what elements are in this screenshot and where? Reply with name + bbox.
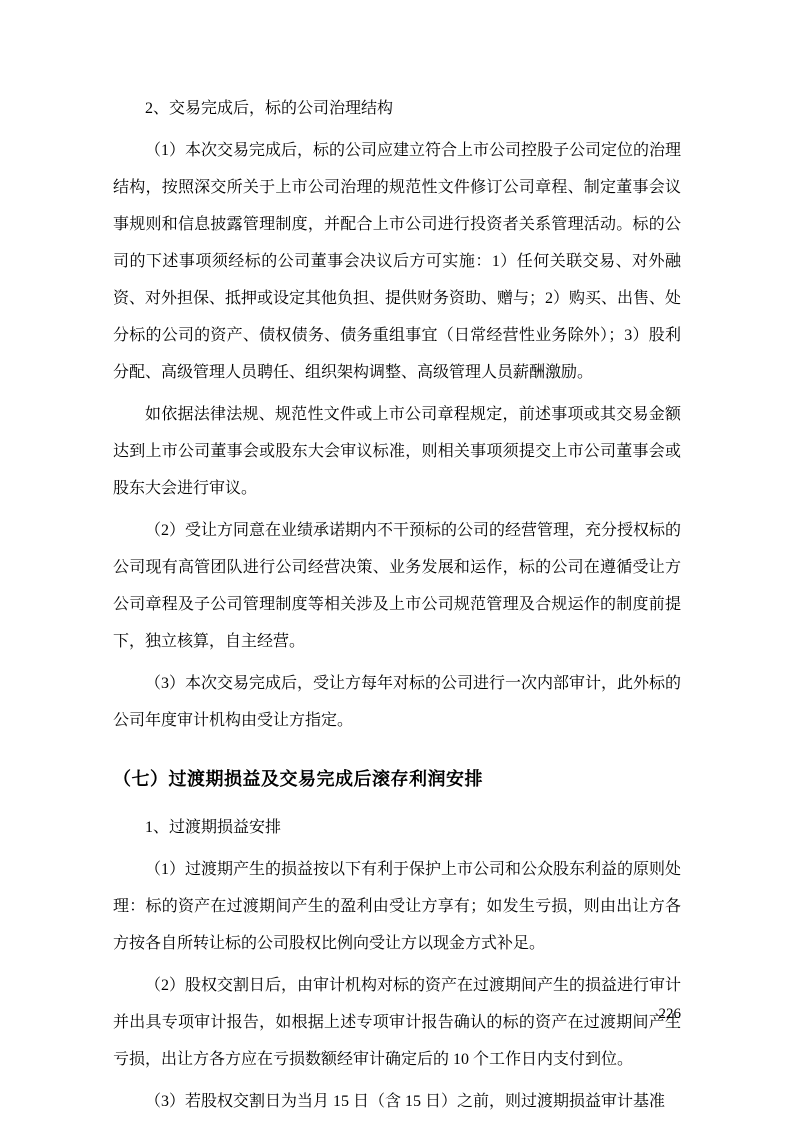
paragraph-transition-1: （1）过渡期产生的损益按以下有利于保护上市公司和公众股东利益的原则处理：标的资产… [113, 851, 681, 962]
subsection-title-governance: 2、交易完成后，标的公司治理结构 [113, 90, 681, 127]
section-heading-seven: （七）过渡期损益及交易完成后滚存利润安排 [113, 766, 681, 792]
paragraph-governance-2: （2）受让方同意在业绩承诺期内不干预标的公司的经营管理，充分授权标的公司现有高管… [113, 512, 681, 660]
paragraph-governance-3: （3）本次交易完成后，受让方每年对标的公司进行一次内部审计，此外标的公司年度审计… [113, 665, 681, 739]
paragraph-transition-2: （2）股权交割日后，由审计机构对标的资产在过渡期间产生的损益进行审计并出具专项审… [113, 967, 681, 1078]
document-body: 2、交易完成后，标的公司治理结构 （1）本次交易完成后，标的公司应建立符合上市公… [113, 90, 681, 1120]
paragraph-governance-1: （1）本次交易完成后，标的公司应建立符合上市公司控股子公司定位的治理结构，按照深… [113, 132, 681, 391]
paragraph-governance-review: 如依据法律法规、规范性文件或上市公司章程规定，前述事项或其交易金额达到上市公司董… [113, 396, 681, 507]
paragraph-transition-3: （3）若股权交割日为当月 15 日（含 15 日）之前，则过渡期损益审计基准 [113, 1083, 681, 1120]
document-page: 2、交易完成后，标的公司治理结构 （1）本次交易完成后，标的公司应建立符合上市公… [0, 0, 793, 1122]
page-number: 226 [659, 1004, 682, 1024]
subsection-title-transition-pnl: 1、过渡期损益安排 [113, 809, 681, 846]
